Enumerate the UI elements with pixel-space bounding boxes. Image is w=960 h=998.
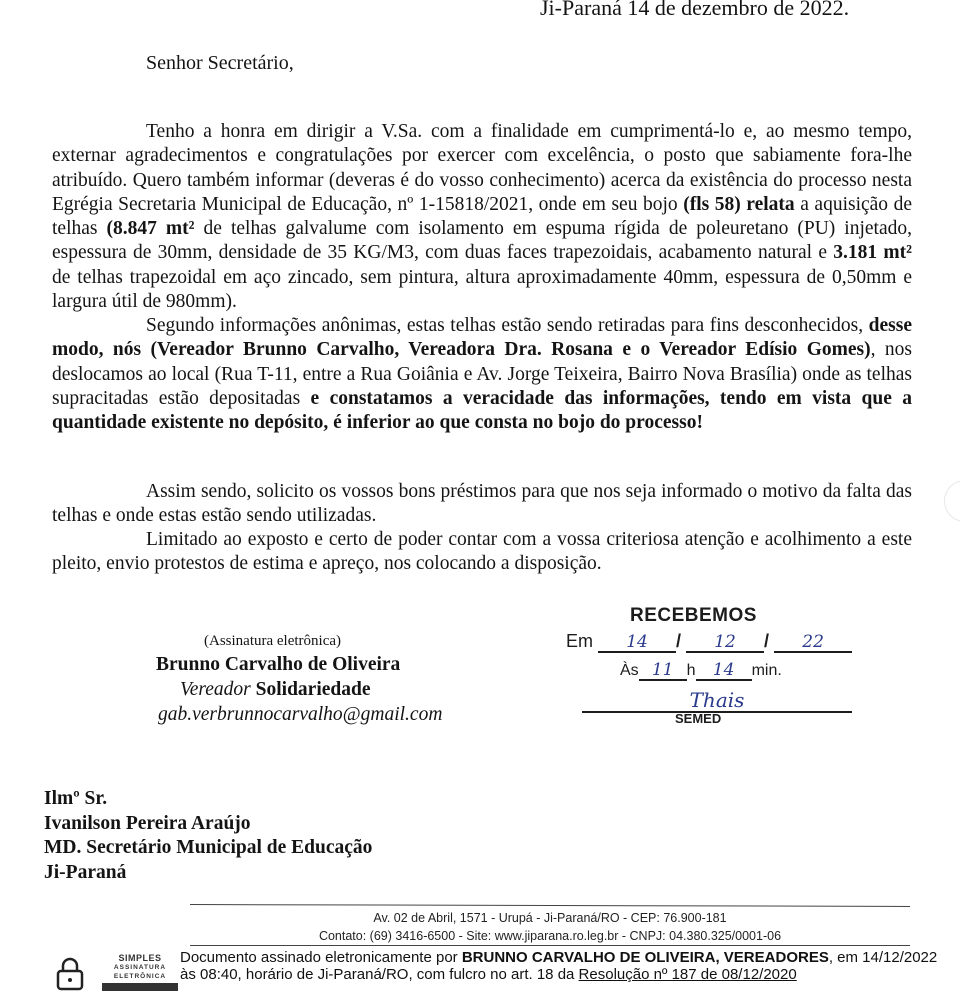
stamp-year: 22 xyxy=(774,633,852,653)
signer-name: Brunno Carvalho de Oliveira xyxy=(156,652,470,677)
bold-segment: relata xyxy=(746,194,794,215)
recipient-name: Ivanilson Pereira Araújo xyxy=(44,812,372,837)
brand-simples: SIMPLES xyxy=(102,954,178,963)
footer-contact: Contato: (69) 3416-6500 - Site: www.jipa… xyxy=(190,927,910,945)
paragraph-acknowledgement: Tenho a honra em dirigir a V.Sa. com a f… xyxy=(52,120,912,314)
signer-party: Solidariedade xyxy=(256,679,371,700)
electronic-signature-banner: SIMPLES ASSINATURA ELETRÔNICA Documento … xyxy=(50,950,960,998)
lock-icon xyxy=(55,956,85,992)
stamp-title: RECEBEMOS xyxy=(630,605,757,627)
stamp-time: Às11h14min. xyxy=(620,661,782,681)
stamp-signature-line: Thais xyxy=(582,689,852,713)
brand-line: ELETRÔNICA xyxy=(102,972,178,981)
brand-bar xyxy=(102,983,178,991)
salutation: Senhor Secretário, xyxy=(146,52,294,75)
stamp-date-label: Em xyxy=(566,631,593,651)
footer-address: Av. 02 de Abril, 1571 - Urupá - Ji-Paran… xyxy=(190,909,910,927)
bold-segment: 3.181 mt² xyxy=(833,242,912,263)
esign-statement: Documento assinado eletronicamente por B… xyxy=(180,950,950,983)
footer-divider xyxy=(190,904,910,907)
paragraph-findings: Segundo informações anônimas, estas telh… xyxy=(52,314,912,435)
resolution-link[interactable]: Resolução nº 187 de 08/12/2020 xyxy=(579,966,797,983)
separator: / xyxy=(676,631,681,651)
recipient-salutation: Ilmº Sr. xyxy=(44,787,372,812)
bold-segment: (fls 58) xyxy=(683,194,746,215)
paragraph-request-text: Assim sendo, solicito os vossos bons pré… xyxy=(52,480,912,529)
stamp-handwritten-signature: Thais xyxy=(690,688,745,712)
stamp-minute: 14 xyxy=(696,661,752,681)
bold-segment: (8.847 mt² xyxy=(107,218,195,239)
stamp-time-label: Às xyxy=(620,662,639,679)
stamp-department: SEMED xyxy=(675,711,721,726)
signer-title: Vereador xyxy=(180,679,251,700)
recipient-block: Ilmº Sr. Ivanilson Pereira Araújo MD. Se… xyxy=(44,787,372,885)
minute-suffix: min. xyxy=(752,662,782,679)
signer-email: gab.verbrunnocarvalho@gmail.com xyxy=(158,702,470,727)
received-stamp: RECEBEMOS Em 14/ 12/ 22 Às11h14min. Thai… xyxy=(560,605,860,725)
recipient-title: MD. Secretário Municipal de Educação xyxy=(44,836,372,861)
esign-signer: BRUNNO CARVALHO DE OLIVEIRA, VEREADORES xyxy=(462,949,829,966)
text-segment: Documento assinado eletronicamente por xyxy=(180,949,462,966)
paragraph-closing: Limitado ao exposto e certo de poder con… xyxy=(52,528,912,577)
document-date: Ji-Paraná 14 de dezembro de 2022. xyxy=(540,0,849,21)
stamp-date: Em 14/ 12/ 22 xyxy=(566,631,852,653)
page-edge-mark xyxy=(944,480,960,522)
text-segment: de telhas trapezoidal em aço zincado, se… xyxy=(52,267,912,312)
recipient-city: Ji-Paraná xyxy=(44,861,372,886)
signature-note: (Assinatura eletrônica) xyxy=(204,630,470,652)
text-segment: Segundo informações anônimas, estas telh… xyxy=(146,315,869,336)
footer-address-block: Av. 02 de Abril, 1571 - Urupá - Ji-Paran… xyxy=(190,909,910,945)
paragraph-closing-text: Limitado ao exposto e certo de poder con… xyxy=(52,528,912,577)
signer-role: Vereador Solidariedade xyxy=(180,677,470,702)
paragraph-request: Assim sendo, solicito os vossos bons pré… xyxy=(52,480,912,529)
brand-line: ASSINATURA xyxy=(102,963,178,972)
signature-block: (Assinatura eletrônica) Brunno Carvalho … xyxy=(150,630,470,727)
hour-suffix: h xyxy=(687,662,696,679)
footer-divider xyxy=(190,945,910,946)
stamp-month: 12 xyxy=(686,633,764,653)
esign-brand-logo: SIMPLES ASSINATURA ELETRÔNICA xyxy=(102,954,178,991)
stamp-hour: 11 xyxy=(639,661,687,681)
separator: / xyxy=(764,631,769,651)
stamp-day: 14 xyxy=(598,633,676,653)
